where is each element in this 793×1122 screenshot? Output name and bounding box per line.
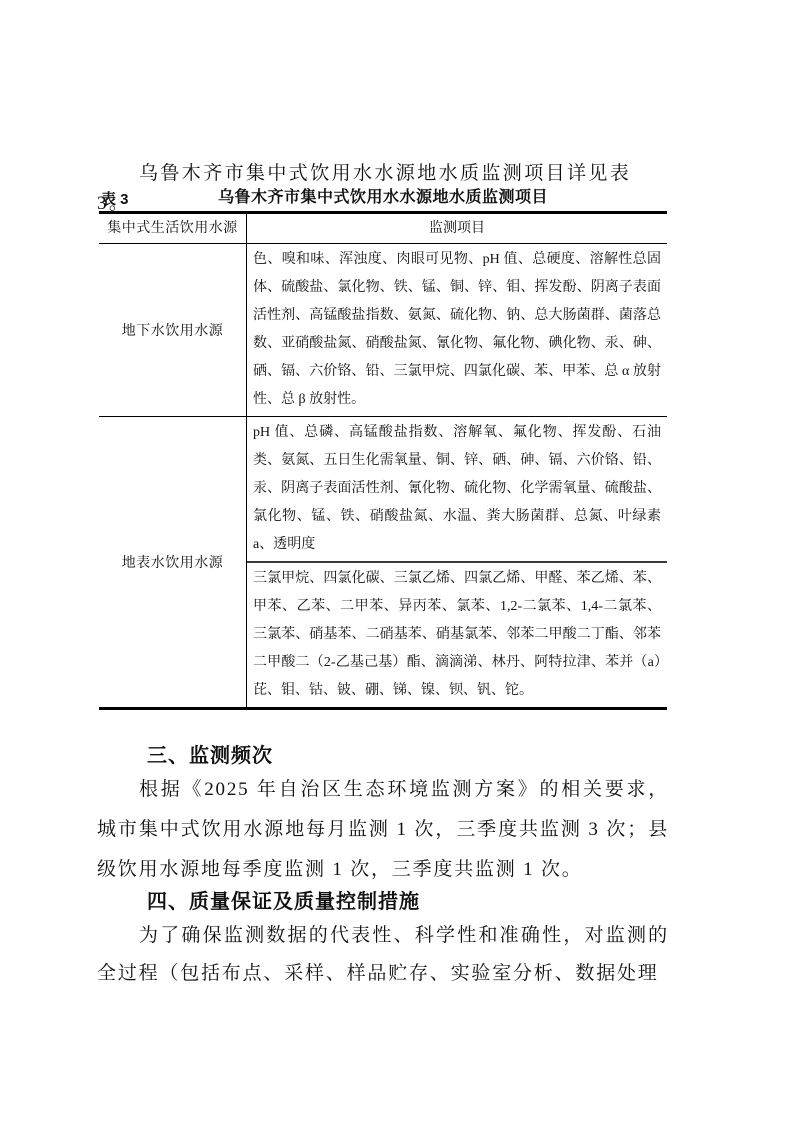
section-body-monitoring-frequency: 根据《2025 年自治区生态环境监测方案》的相关要求，城市集中式饮用水源地每月监… xyxy=(97,770,669,890)
document-page: 乌鲁木齐市集中式饮用水水源地水质监测项目详见表 3。 表 3 乌鲁木齐市集中式饮… xyxy=(0,0,793,1122)
row-label-groundwater: 地下水饮用水源 xyxy=(99,244,247,416)
table-number-label: 表 3 xyxy=(101,188,129,209)
cell-groundwater-items: 色、嗅和味、浑浊度、肉眼可见物、pH 值、总硬度、溶解性总固体、硫酸盐、氯化物、… xyxy=(247,244,667,416)
table-title: 乌鲁木齐市集中式饮用水水源地水质监测项目 xyxy=(99,186,667,210)
cell-surface-water-stack: pH 值、总磷、高锰酸盐指数、溶解氧、氟化物、挥发酚、石油类、氨氮、五日生化需氧… xyxy=(247,417,667,707)
header-cell-monitoring-items: 监测项目 xyxy=(247,214,667,243)
table-caption: 表 3 乌鲁木齐市集中式饮用水水源地水质监测项目 xyxy=(99,186,667,210)
table-row-surface-water: 地表水饮用水源 pH 值、总磷、高锰酸盐指数、溶解氧、氟化物、挥发酚、石油类、氨… xyxy=(99,416,667,707)
cell-surface-water-organic-items: 三氯甲烷、四氯化碳、三氯乙烯、四氯乙烯、甲醛、苯乙烯、苯、甲苯、乙苯、二甲苯、异… xyxy=(247,561,667,707)
table-row-groundwater: 地下水饮用水源 色、嗅和味、浑浊度、肉眼可见物、pH 值、总硬度、溶解性总固体、… xyxy=(99,243,667,416)
section-body-quality-assurance: 为了确保监测数据的代表性、科学性和准确性，对监测的全过程（包括布点、采样、样品贮… xyxy=(97,917,669,993)
monitoring-items-table: 集中式生活饮用水源 监测项目 地下水饮用水源 色、嗅和味、浑浊度、肉眼可见物、p… xyxy=(99,211,667,710)
header-cell-source-type: 集中式生活饮用水源 xyxy=(99,214,247,243)
table-header-row: 集中式生活饮用水源 监测项目 xyxy=(99,214,667,243)
cell-surface-water-basic-items: pH 值、总磷、高锰酸盐指数、溶解氧、氟化物、挥发酚、石油类、氨氮、五日生化需氧… xyxy=(247,417,667,561)
section-heading-monitoring-frequency: 三、监测频次 xyxy=(97,742,669,770)
section-heading-quality-assurance: 四、质量保证及质量控制措施 xyxy=(97,888,669,916)
row-label-surface-water: 地表水饮用水源 xyxy=(99,417,247,707)
